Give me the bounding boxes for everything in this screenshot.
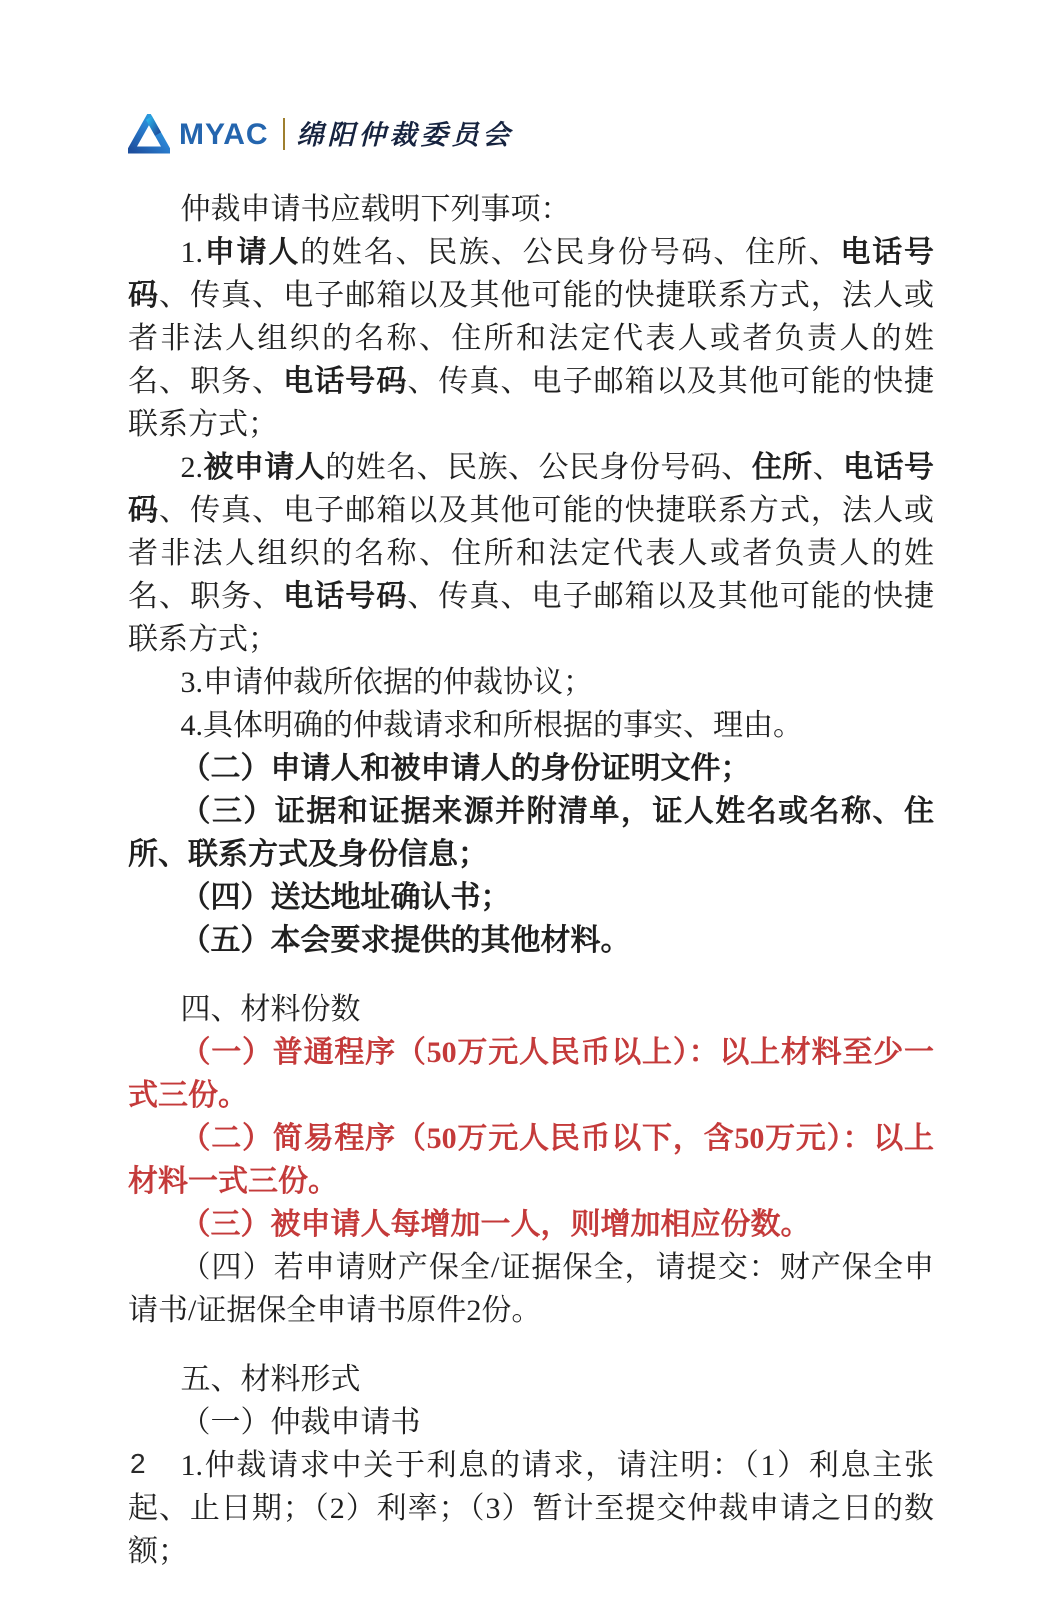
text-run: （五）本会要求提供的其他材料。 (181, 924, 631, 957)
paragraph: （四）若申请财产保全/证据保全，请提交：财产保全申请书/证据保全申请书原件2份。 (128, 1246, 934, 1332)
text-run: （三）被申请人每增加一人，则增加相应份数。 (181, 1208, 811, 1241)
text-run: 、 (813, 451, 843, 484)
text-run: 1. (181, 236, 204, 269)
text-run: 的姓名、民族、公民身份号码、 (325, 451, 751, 484)
text-run: 仲裁申请书应载明下列事项： (181, 193, 571, 226)
text-run: （四）送达地址确认书； (181, 881, 511, 914)
logo-organization-name: 绵阳仲裁委员会 (297, 120, 514, 149)
text-run: 的姓名、民族、公民身份号码、住所、 (300, 236, 840, 269)
paragraph: （二）申请人和被申请人的身份证明文件； (128, 747, 934, 790)
paragraph: （一）普通程序（50万元人民币以上）：以上材料至少一式三份。 (128, 1031, 934, 1117)
header-logo: MYAC 绵阳仲裁委员会 (128, 110, 514, 158)
text-run: （二）简易程序（50万元人民币以下，含50万元）：以上材料一式三份。 (128, 1122, 934, 1198)
logo-divider (283, 118, 285, 150)
paragraph: 1.仲裁请求中关于利息的请求，请注明：（1）利息主张起、止日期；（2）利率；（3… (128, 1444, 934, 1573)
paragraph: 3.申请仲裁所依据的仲裁协议； (128, 661, 934, 704)
paragraph: （五）本会要求提供的其他材料。 (128, 919, 934, 962)
text-run: （一）普通程序（50万元人民币以上）：以上材料至少一式三份。 (128, 1036, 934, 1112)
text-run: 2. (181, 451, 204, 484)
text-run: 五、材料形式 (181, 1363, 361, 1396)
text-run: 申请人 (203, 236, 300, 269)
text-run: 被申请人 (203, 451, 325, 484)
text-run: （三）证据和证据来源并附清单，证人姓名或名称、住所、联系方式及身份信息； (128, 795, 934, 871)
paragraph: （一）仲裁申请书 (128, 1401, 934, 1444)
text-run: 四、材料份数 (181, 993, 361, 1026)
paragraph: 仲裁申请书应载明下列事项： (128, 188, 934, 231)
paragraph: （三）被申请人每增加一人，则增加相应份数。 (128, 1203, 934, 1246)
text-run: （四）若申请财产保全/证据保全，请提交：财产保全申请书/证据保全申请书原件2份。 (128, 1251, 934, 1327)
triangle-logo-icon (128, 114, 170, 154)
paragraph: （二）简易程序（50万元人民币以下，含50万元）：以上材料一式三份。 (128, 1117, 934, 1203)
text-run: 3.申请仲裁所依据的仲裁协议； (181, 666, 594, 699)
text-run: （二）申请人和被申请人的身份证明文件； (181, 752, 751, 785)
paragraph: 四、材料份数 (128, 988, 934, 1031)
page-number: 2 (130, 1448, 146, 1480)
text-run: 电话号码 (283, 580, 407, 613)
document-body: 仲裁申请书应载明下列事项：1.申请人的姓名、民族、公民身份号码、住所、电话号码、… (128, 188, 934, 1573)
document-page: MYAC 绵阳仲裁委员会 仲裁申请书应载明下列事项：1.申请人的姓名、民族、公民… (0, 0, 1059, 1600)
paragraph: （四）送达地址确认书； (128, 876, 934, 919)
paragraph: 五、材料形式 (128, 1358, 934, 1401)
paragraph: （三）证据和证据来源并附清单，证人姓名或名称、住所、联系方式及身份信息； (128, 790, 934, 876)
paragraph: 4.具体明确的仲裁请求和所根据的事实、理由。 (128, 704, 934, 747)
text-run: 住所 (752, 451, 813, 484)
paragraph: 2.被申请人的姓名、民族、公民身份号码、住所、电话号码、传真、电子邮箱以及其他可… (128, 446, 934, 661)
text-run: 1.仲裁请求中关于利息的请求，请注明：（1）利息主张起、止日期；（2）利率；（3… (128, 1449, 934, 1568)
logo-acronym: MYAC (179, 118, 269, 150)
paragraph: 1.申请人的姓名、民族、公民身份号码、住所、电话号码、传真、电子邮箱以及其他可能… (128, 231, 934, 446)
text-run: 电话号码 (283, 365, 407, 398)
text-run: 4.具体明确的仲裁请求和所根据的事实、理由。 (181, 709, 804, 742)
text-run: （一）仲裁申请书 (181, 1406, 421, 1439)
